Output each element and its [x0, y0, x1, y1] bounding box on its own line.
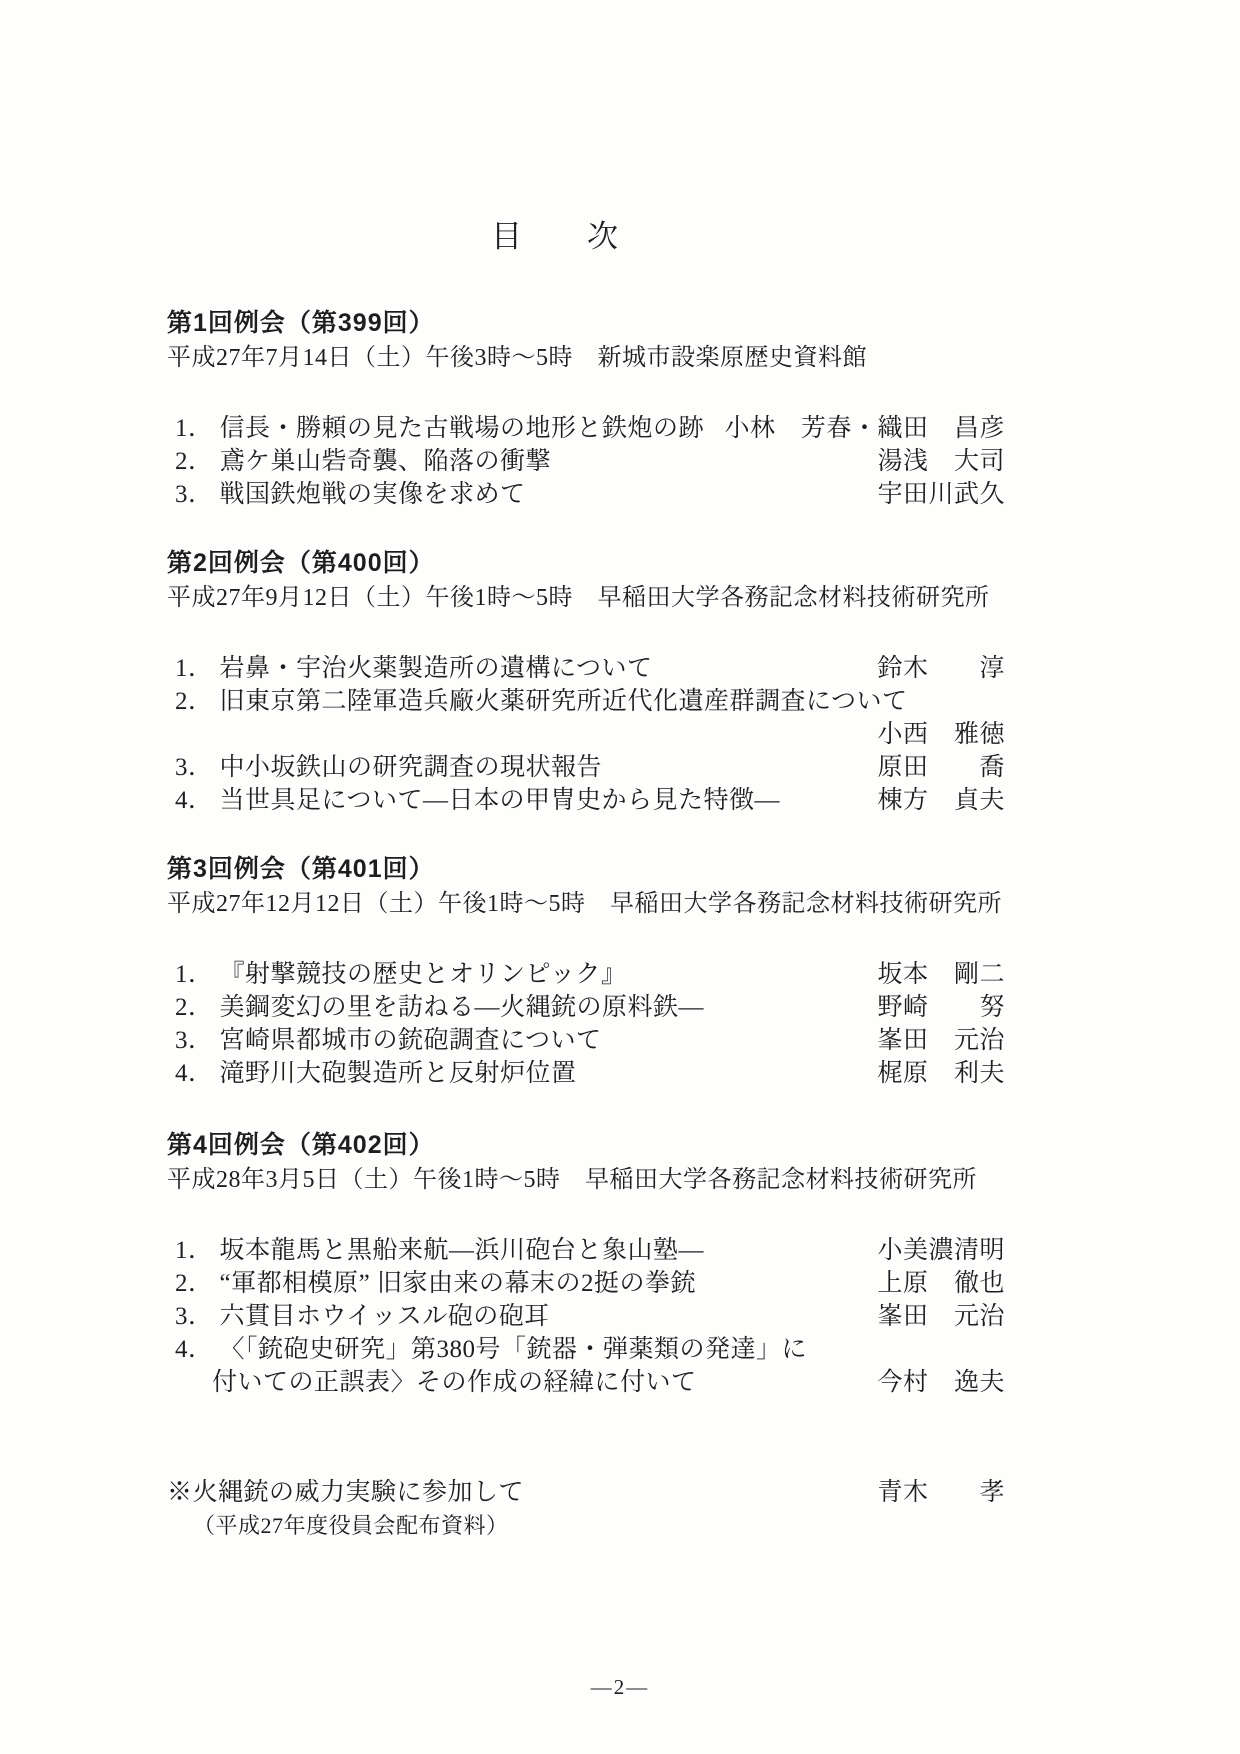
- entry-author: 宇田川武久: [877, 478, 1005, 511]
- entry-author: 峯田 元治: [877, 1300, 1005, 1333]
- footnote-text: ※火縄銃の威力実験に参加して: [167, 1476, 524, 1509]
- entry-number: 4．: [175, 1057, 214, 1090]
- entry-number: 3．: [175, 478, 214, 511]
- toc-entry: 1．岩鼻・宇治火薬製造所の遺構について 鈴木 淳: [175, 652, 1005, 685]
- toc-entry: 3．戦国鉄炮戦の実像を求めて 宇田川武久: [175, 478, 1005, 511]
- meeting-section-2: 第2回例会（第400回） 平成27年9月12日（土）午後1時～5時 早稲田大学各…: [167, 545, 1005, 817]
- entry-title: 2．美鋼変幻の里を訪ねる―火縄銃の原料鉄―: [175, 991, 704, 1024]
- entry-number: 4．: [175, 1333, 214, 1366]
- entry-title: 3．宮崎県都城市の銃砲調査について: [175, 1024, 602, 1057]
- entry-title-text: 宮崎県都城市の銃砲調査について: [220, 1027, 602, 1054]
- toc-entry: 4．〈「銃砲史研究」第380号「銃器・弾薬類の発達」に: [175, 1333, 1005, 1366]
- entry-title-text: 〈「銃砲史研究」第380号「銃器・弾薬類の発達」に: [220, 1336, 808, 1363]
- entry-number: 2．: [175, 1267, 214, 1300]
- toc-entry: 2．“軍都相模原” 旧家由来の幕末の2挺の拳銃 上原 徹也: [175, 1267, 1005, 1300]
- toc-entry: 4．滝野川大砲製造所と反射炉位置 梶原 利夫: [175, 1057, 1005, 1090]
- entry-number: 1．: [175, 958, 214, 991]
- toc-entry: 2．旧東京第二陸軍造兵廠火薬研究所近代化遺産群調査について: [175, 685, 1005, 718]
- entry-title-text: 坂本龍馬と黒船来航―浜川砲台と象山塾―: [220, 1237, 705, 1264]
- entry-title-text: 六貫目ホウイッスル砲の砲耳: [220, 1303, 550, 1330]
- toc-entry: 2．美鋼変幻の里を訪ねる―火縄銃の原料鉄― 野崎 努: [175, 991, 1005, 1024]
- entry-title: 4．当世具足について―日本の甲冑史から見た特徴―: [175, 784, 780, 817]
- entry-title: 2．鳶ケ巣山砦奇襲、陥落の衝撃: [175, 445, 551, 478]
- entry-author: 野崎 努: [877, 991, 1005, 1024]
- entry-number: 4．: [175, 784, 214, 817]
- footnote-note: （平成27年度役員会配布資料）: [167, 1509, 1005, 1542]
- entry-number: 3．: [175, 1300, 214, 1333]
- section-1-entries: 1．信長・勝頼の見た古戦場の地形と鉄炮の跡 小林 芳春・織田 昌彦 2．鳶ケ巣山…: [167, 412, 1005, 511]
- entry-author: 梶原 利夫: [877, 1057, 1005, 1090]
- entry-title-text: 戦国鉄炮戦の実像を求めて: [220, 481, 526, 508]
- toc-entry: 1．坂本龍馬と黒船来航―浜川砲台と象山塾― 小美濃清明: [175, 1234, 1005, 1267]
- entry-number: 1．: [175, 652, 214, 685]
- entry-title: 4．〈「銃砲史研究」第380号「銃器・弾薬類の発達」に: [175, 1333, 807, 1366]
- section-4-date-venue: 平成28年3月5日（土）午後1時～5時 早稲田大学各務記念材料技術研究所: [167, 1163, 1005, 1198]
- entry-title: 1．坂本龍馬と黒船来航―浜川砲台と象山塾―: [175, 1234, 704, 1267]
- entry-title-text: 鳶ケ巣山砦奇襲、陥落の衝撃: [220, 448, 552, 475]
- entry-title-text: 当世具足について―日本の甲冑史から見た特徴―: [220, 787, 781, 814]
- page-title: 目 次: [167, 217, 943, 257]
- entry-title-text: “軍都相模原” 旧家由来の幕末の2挺の拳銃: [220, 1270, 696, 1297]
- toc-entry: 3．六貫目ホウイッスル砲の砲耳 峯田 元治: [175, 1300, 1005, 1333]
- entry-author: 小林 芳春・織田 昌彦: [724, 412, 1005, 445]
- entry-author: 坂本 剛二: [877, 958, 1005, 991]
- toc-entry: 4．当世具足について―日本の甲冑史から見た特徴― 棟方 貞夫: [175, 784, 1005, 817]
- entry-title: 2．旧東京第二陸軍造兵廠火薬研究所近代化遺産群調査について: [175, 685, 908, 718]
- entry-number: 2．: [175, 685, 214, 718]
- toc-entry: 1．信長・勝頼の見た古戦場の地形と鉄炮の跡 小林 芳春・織田 昌彦: [175, 412, 1005, 445]
- entry-title-text: 中小坂鉄山の研究調査の現状報告: [220, 754, 603, 781]
- entry-number: 2．: [175, 991, 214, 1024]
- toc-entry: 2．鳶ケ巣山砦奇襲、陥落の衝撃 湯浅 大司: [175, 445, 1005, 478]
- toc-entry: 3．中小坂鉄山の研究調査の現状報告 原田 喬: [175, 751, 1005, 784]
- toc-entry-continuation: 付いての正誤表〉その作成の経緯に付いて 今村 逸夫: [175, 1366, 1005, 1399]
- section-2-heading: 第2回例会（第400回）: [167, 545, 1005, 581]
- entry-title: 3．戦国鉄炮戦の実像を求めて: [175, 478, 526, 511]
- entry-title-continuation: 付いての正誤表〉その作成の経緯に付いて: [175, 1366, 697, 1399]
- entry-title: 4．滝野川大砲製造所と反射炉位置: [175, 1057, 577, 1090]
- entry-title-text: 旧東京第二陸軍造兵廠火薬研究所近代化遺産群調査について: [220, 688, 908, 715]
- entry-title-text: 『射撃競技の歴史とオリンピック』: [220, 961, 627, 988]
- section-3-date-venue: 平成27年12月12日（土）午後1時～5時 早稲田大学各務記念材料技術研究所: [167, 887, 1005, 922]
- entry-title-text: 信長・勝頼の見た古戦場の地形と鉄炮の跡: [220, 415, 705, 442]
- entry-author: 小美濃清明: [877, 1234, 1005, 1267]
- entry-title: 1．信長・勝頼の見た古戦場の地形と鉄炮の跡: [175, 412, 704, 445]
- entry-title: 1．岩鼻・宇治火薬製造所の遺構について: [175, 652, 653, 685]
- footnote-block: ※火縄銃の威力実験に参加して 青木 孝 （平成27年度役員会配布資料）: [167, 1476, 1005, 1542]
- entry-number: 3．: [175, 751, 214, 784]
- section-1-heading: 第1回例会（第399回）: [167, 305, 1005, 341]
- entry-author: 今村 逸夫: [877, 1366, 1005, 1399]
- section-4-entries: 1．坂本龍馬と黒船来航―浜川砲台と象山塾― 小美濃清明 2．“軍都相模原” 旧家…: [167, 1234, 1005, 1399]
- entry-author: 湯浅 大司: [877, 445, 1005, 478]
- entry-number: 1．: [175, 412, 214, 445]
- entry-title-text: 滝野川大砲製造所と反射炉位置: [220, 1060, 577, 1087]
- meeting-section-3: 第3回例会（第401回） 平成27年12月12日（土）午後1時～5時 早稲田大学…: [167, 851, 1005, 1090]
- section-3-entries: 1．『射撃競技の歴史とオリンピック』 坂本 剛二 2．美鋼変幻の里を訪ねる―火縄…: [167, 958, 1005, 1090]
- entry-author: 峯田 元治: [877, 1024, 1005, 1057]
- meeting-section-4: 第4回例会（第402回） 平成28年3月5日（土）午後1時～5時 早稲田大学各務…: [167, 1127, 1005, 1399]
- document-page: 目 次 第1回例会（第399回） 平成27年7月14日（土）午後3時～5時 新城…: [0, 0, 1240, 1754]
- toc-entry: 3．宮崎県都城市の銃砲調査について 峯田 元治: [175, 1024, 1005, 1057]
- section-1-date-venue: 平成27年7月14日（土）午後3時～5時 新城市設楽原歴史資料館: [167, 341, 1005, 376]
- entry-author: 小西 雅徳: [877, 718, 1005, 751]
- entry-author: 上原 徹也: [877, 1267, 1005, 1300]
- entry-title: 2．“軍都相模原” 旧家由来の幕末の2挺の拳銃: [175, 1267, 696, 1300]
- section-2-date-venue: 平成27年9月12日（土）午後1時～5時 早稲田大学各務記念材料技術研究所: [167, 581, 1005, 616]
- entry-number: 3．: [175, 1024, 214, 1057]
- entry-title: 3．六貫目ホウイッスル砲の砲耳: [175, 1300, 550, 1333]
- entry-title: 1．『射撃競技の歴史とオリンピック』: [175, 958, 627, 991]
- meeting-section-1: 第1回例会（第399回） 平成27年7月14日（土）午後3時～5時 新城市設楽原…: [167, 305, 1005, 511]
- entry-number: 2．: [175, 445, 214, 478]
- entry-title-text: 岩鼻・宇治火薬製造所の遺構について: [220, 655, 653, 682]
- entry-author: 鈴木 淳: [877, 652, 1005, 685]
- entry-author: 棟方 貞夫: [877, 784, 1005, 817]
- entry-number: 1．: [175, 1234, 214, 1267]
- footnote-entry: ※火縄銃の威力実験に参加して 青木 孝: [167, 1476, 1005, 1509]
- entry-title: 3．中小坂鉄山の研究調査の現状報告: [175, 751, 602, 784]
- entry-author: 原田 喬: [877, 751, 1005, 784]
- page-number: ―2―: [0, 1672, 1240, 1702]
- entry-title-text: 美鋼変幻の里を訪ねる―火縄銃の原料鉄―: [220, 994, 705, 1021]
- section-3-heading: 第3回例会（第401回）: [167, 851, 1005, 887]
- toc-entry: 1．『射撃競技の歴史とオリンピック』 坂本 剛二: [175, 958, 1005, 991]
- footnote-author: 青木 孝: [877, 1476, 1005, 1509]
- toc-entry-author-line: 小西 雅徳: [175, 718, 1005, 751]
- section-2-entries: 1．岩鼻・宇治火薬製造所の遺構について 鈴木 淳 2．旧東京第二陸軍造兵廠火薬研…: [167, 652, 1005, 817]
- section-4-heading: 第4回例会（第402回）: [167, 1127, 1005, 1163]
